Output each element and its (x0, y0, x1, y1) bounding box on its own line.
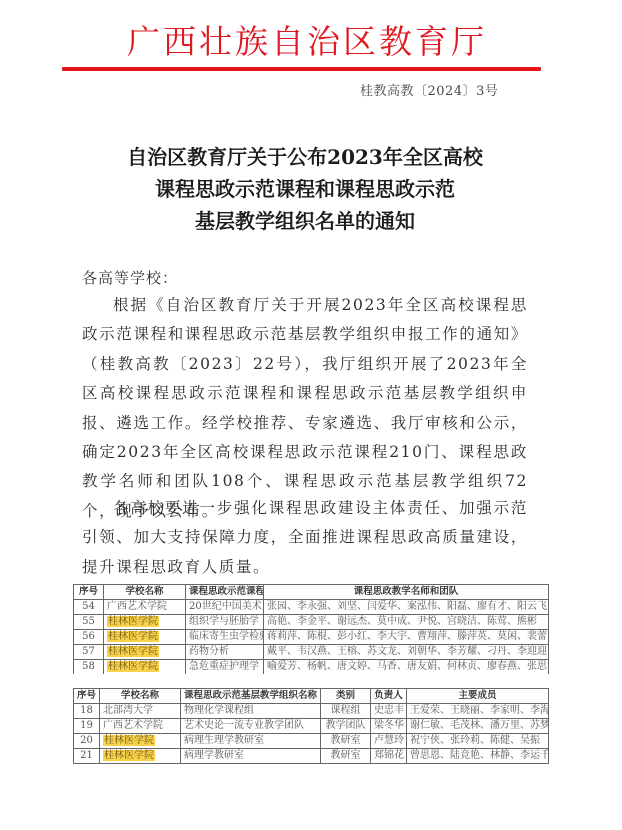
body-paragraph-1: 根据《自治区教育厅关于开展2023年全区高校课程思政示范课程和课程思政示范基层教… (82, 291, 528, 526)
cell-category: 课程组 (321, 704, 371, 719)
cell-org-name: 艺术史论一流专业教学团队 (181, 719, 321, 734)
cell-no: 56 (74, 630, 104, 645)
col-header-members: 主要成员 (407, 689, 549, 704)
cell-no: 58 (74, 660, 104, 675)
cell-members: 谢仁敏、毛茂林、潘万里、苏梦熙 (407, 719, 549, 734)
table-row: 54 广西艺术学院 20世纪中国美术史 张园、李永强、刘坚、闫爱华、案泓伟、阳磊… (74, 600, 549, 615)
table-row: 20 桂林医学院 病理生理学教研室 教研室 卢慧玲 祝宁侠、张玲莉、陈健、吴振 (74, 734, 549, 749)
table-row: 19 广西艺术学院 艺术史论一流专业教学团队 教学团队 梁冬华 谢仁敏、毛茂林、… (74, 719, 549, 734)
table-header-row: 序号 学校名称 课程思政示范基层教学组织名称 类别 负责人 主要成员 (74, 689, 549, 704)
cell-no: 20 (74, 734, 100, 749)
teaching-orgs-table: 序号 学校名称 课程思政示范基层教学组织名称 类别 负责人 主要成员 18 北部… (73, 688, 549, 764)
cell-no: 55 (74, 615, 104, 630)
cell-course: 20世纪中国美术史 (186, 600, 264, 615)
cell-course: 急危重症护理学 (186, 660, 264, 675)
cell-members: 王爱荣、王晓丽、李家明、李海风 (407, 704, 549, 719)
cell-leader: 卢慧玲 (371, 734, 407, 749)
table-row: 21 桂林医学院 病理学教研室 教研室 郑锦花 曾思恩、陆竞艳、林静、李运千 (74, 749, 549, 764)
table-header-row: 序号 学校名称 课程思政示范课程 课程思政教学名师和团队 (74, 585, 549, 600)
letterhead-red-rule (62, 67, 541, 71)
cell-school: 桂林医学院 (104, 645, 186, 660)
cell-school: 桂林医学院 (104, 660, 186, 675)
cell-category: 教研室 (321, 749, 371, 764)
cell-school: 北部湾大学 (100, 704, 181, 719)
highlighted-school-name: 桂林医学院 (103, 735, 155, 746)
table-row: 58 桂林医学院 急危重症护理学 喻爱芳、杨帆、唐文婷、马香、唐友娟、何林贞、廖… (74, 660, 549, 675)
title-line-2: 课程思政示范课程和课程思政示范 (0, 173, 616, 205)
cell-leader: 梁冬华 (371, 719, 407, 734)
col-header-category: 类别 (321, 689, 371, 704)
courses-table: 序号 学校名称 课程思政示范课程 课程思政教学名师和团队 54 广西艺术学院 2… (73, 584, 549, 674)
body-paragraph-2: 各高校要进一步强化课程思政建设主体责任、加强示范引领、加大支持保障力度，全面推进… (82, 494, 528, 582)
highlighted-school-name: 桂林医学院 (107, 616, 159, 627)
cell-org-name: 物理化学课程组 (181, 704, 321, 719)
cell-leader: 史忠丰 (371, 704, 407, 719)
cell-leader: 郑锦花 (371, 749, 407, 764)
cell-school: 桂林医学院 (104, 630, 186, 645)
cell-school: 桂林医学院 (100, 749, 181, 764)
title-line-1: 自治区教育厅关于公布2023年全区高校 (0, 141, 616, 173)
col-header-school: 学校名称 (104, 585, 186, 600)
table-row: 56 桂林医学院 临床寄生虫学检验 蒋莉萍、陈棍、彭小红、李大宇、曹翔萍、滕萍英… (74, 630, 549, 645)
cell-members: 祝宁侠、张玲莉、陈健、吴振 (407, 734, 549, 749)
highlighted-school-name: 桂林医学院 (107, 646, 159, 657)
school-name: 广西艺术学院 (103, 720, 163, 731)
col-header-school: 学校名称 (100, 689, 181, 704)
cell-team: 张园、李永强、刘坚、闫爱华、案泓伟、阳磊、廖有才、阳云飞 (264, 600, 549, 615)
col-header-course: 课程思政示范课程 (186, 585, 264, 600)
table-row: 18 北部湾大学 物理化学课程组 课程组 史忠丰 王爱荣、王晓丽、李家明、李海风 (74, 704, 549, 719)
cell-course: 组织学与胚胎学 (186, 615, 264, 630)
school-name: 北部湾大学 (103, 705, 153, 716)
letterhead-title: 广西壮族自治区教育厅 (0, 22, 618, 62)
cell-org-name: 病理生理学教研室 (181, 734, 321, 749)
document-title: 自治区教育厅关于公布2023年全区高校 课程思政示范课程和课程思政示范 基层教学… (0, 141, 622, 237)
cell-no: 21 (74, 749, 100, 764)
cell-school: 广西艺术学院 (100, 719, 181, 734)
school-name: 广西艺术学院 (107, 601, 167, 612)
cell-team: 高艳、李金平、谢远杰、莫中成、尹悦、宫晓洁、陈莺、熊彬 (264, 615, 549, 630)
salutation: 各高等学校： (82, 267, 178, 288)
cell-org-name: 病理学教研室 (181, 749, 321, 764)
col-header-team: 课程思政教学名师和团队 (264, 585, 549, 600)
col-header-no: 序号 (74, 689, 100, 704)
cell-team: 喻爱芳、杨帆、唐文婷、马香、唐友娟、何林贞、廖春燕、张思容 (264, 660, 549, 675)
col-header-leader: 负责人 (371, 689, 407, 704)
cell-team: 蒋莉萍、陈棍、彭小红、李大宇、曹翔萍、滕萍英、莫闲、裴蕾 (264, 630, 549, 645)
cell-school: 桂林医学院 (100, 734, 181, 749)
document-number: 桂教高教〔2024〕3号 (360, 80, 498, 99)
title-line-3: 基层教学组织名单的通知 (0, 205, 616, 237)
cell-category: 教研室 (321, 734, 371, 749)
cell-team: 戴平、韦汉燕、王榕、苏文龙、刘朝华、李芳耀、刁丹、李迎迎 (264, 645, 549, 660)
cell-category: 教学团队 (321, 719, 371, 734)
cell-school: 桂林医学院 (104, 615, 186, 630)
cell-no: 54 (74, 600, 104, 615)
cell-no: 19 (74, 719, 100, 734)
highlighted-school-name: 桂林医学院 (107, 661, 159, 672)
cell-no: 57 (74, 645, 104, 660)
highlighted-school-name: 桂林医学院 (103, 750, 155, 761)
cell-school: 广西艺术学院 (104, 600, 186, 615)
col-header-no: 序号 (74, 585, 104, 600)
highlighted-school-name: 桂林医学院 (107, 631, 159, 642)
cell-course: 药物分析 (186, 645, 264, 660)
col-header-org-name: 课程思政示范基层教学组织名称 (181, 689, 321, 704)
cell-course: 临床寄生虫学检验 (186, 630, 264, 645)
table-row: 57 桂林医学院 药物分析 戴平、韦汉燕、王榕、苏文龙、刘朝华、李芳耀、刁丹、李… (74, 645, 549, 660)
cell-members: 曾思恩、陆竞艳、林静、李运千 (407, 749, 549, 764)
table-row: 55 桂林医学院 组织学与胚胎学 高艳、李金平、谢远杰、莫中成、尹悦、宫晓洁、陈… (74, 615, 549, 630)
cell-no: 18 (74, 704, 100, 719)
